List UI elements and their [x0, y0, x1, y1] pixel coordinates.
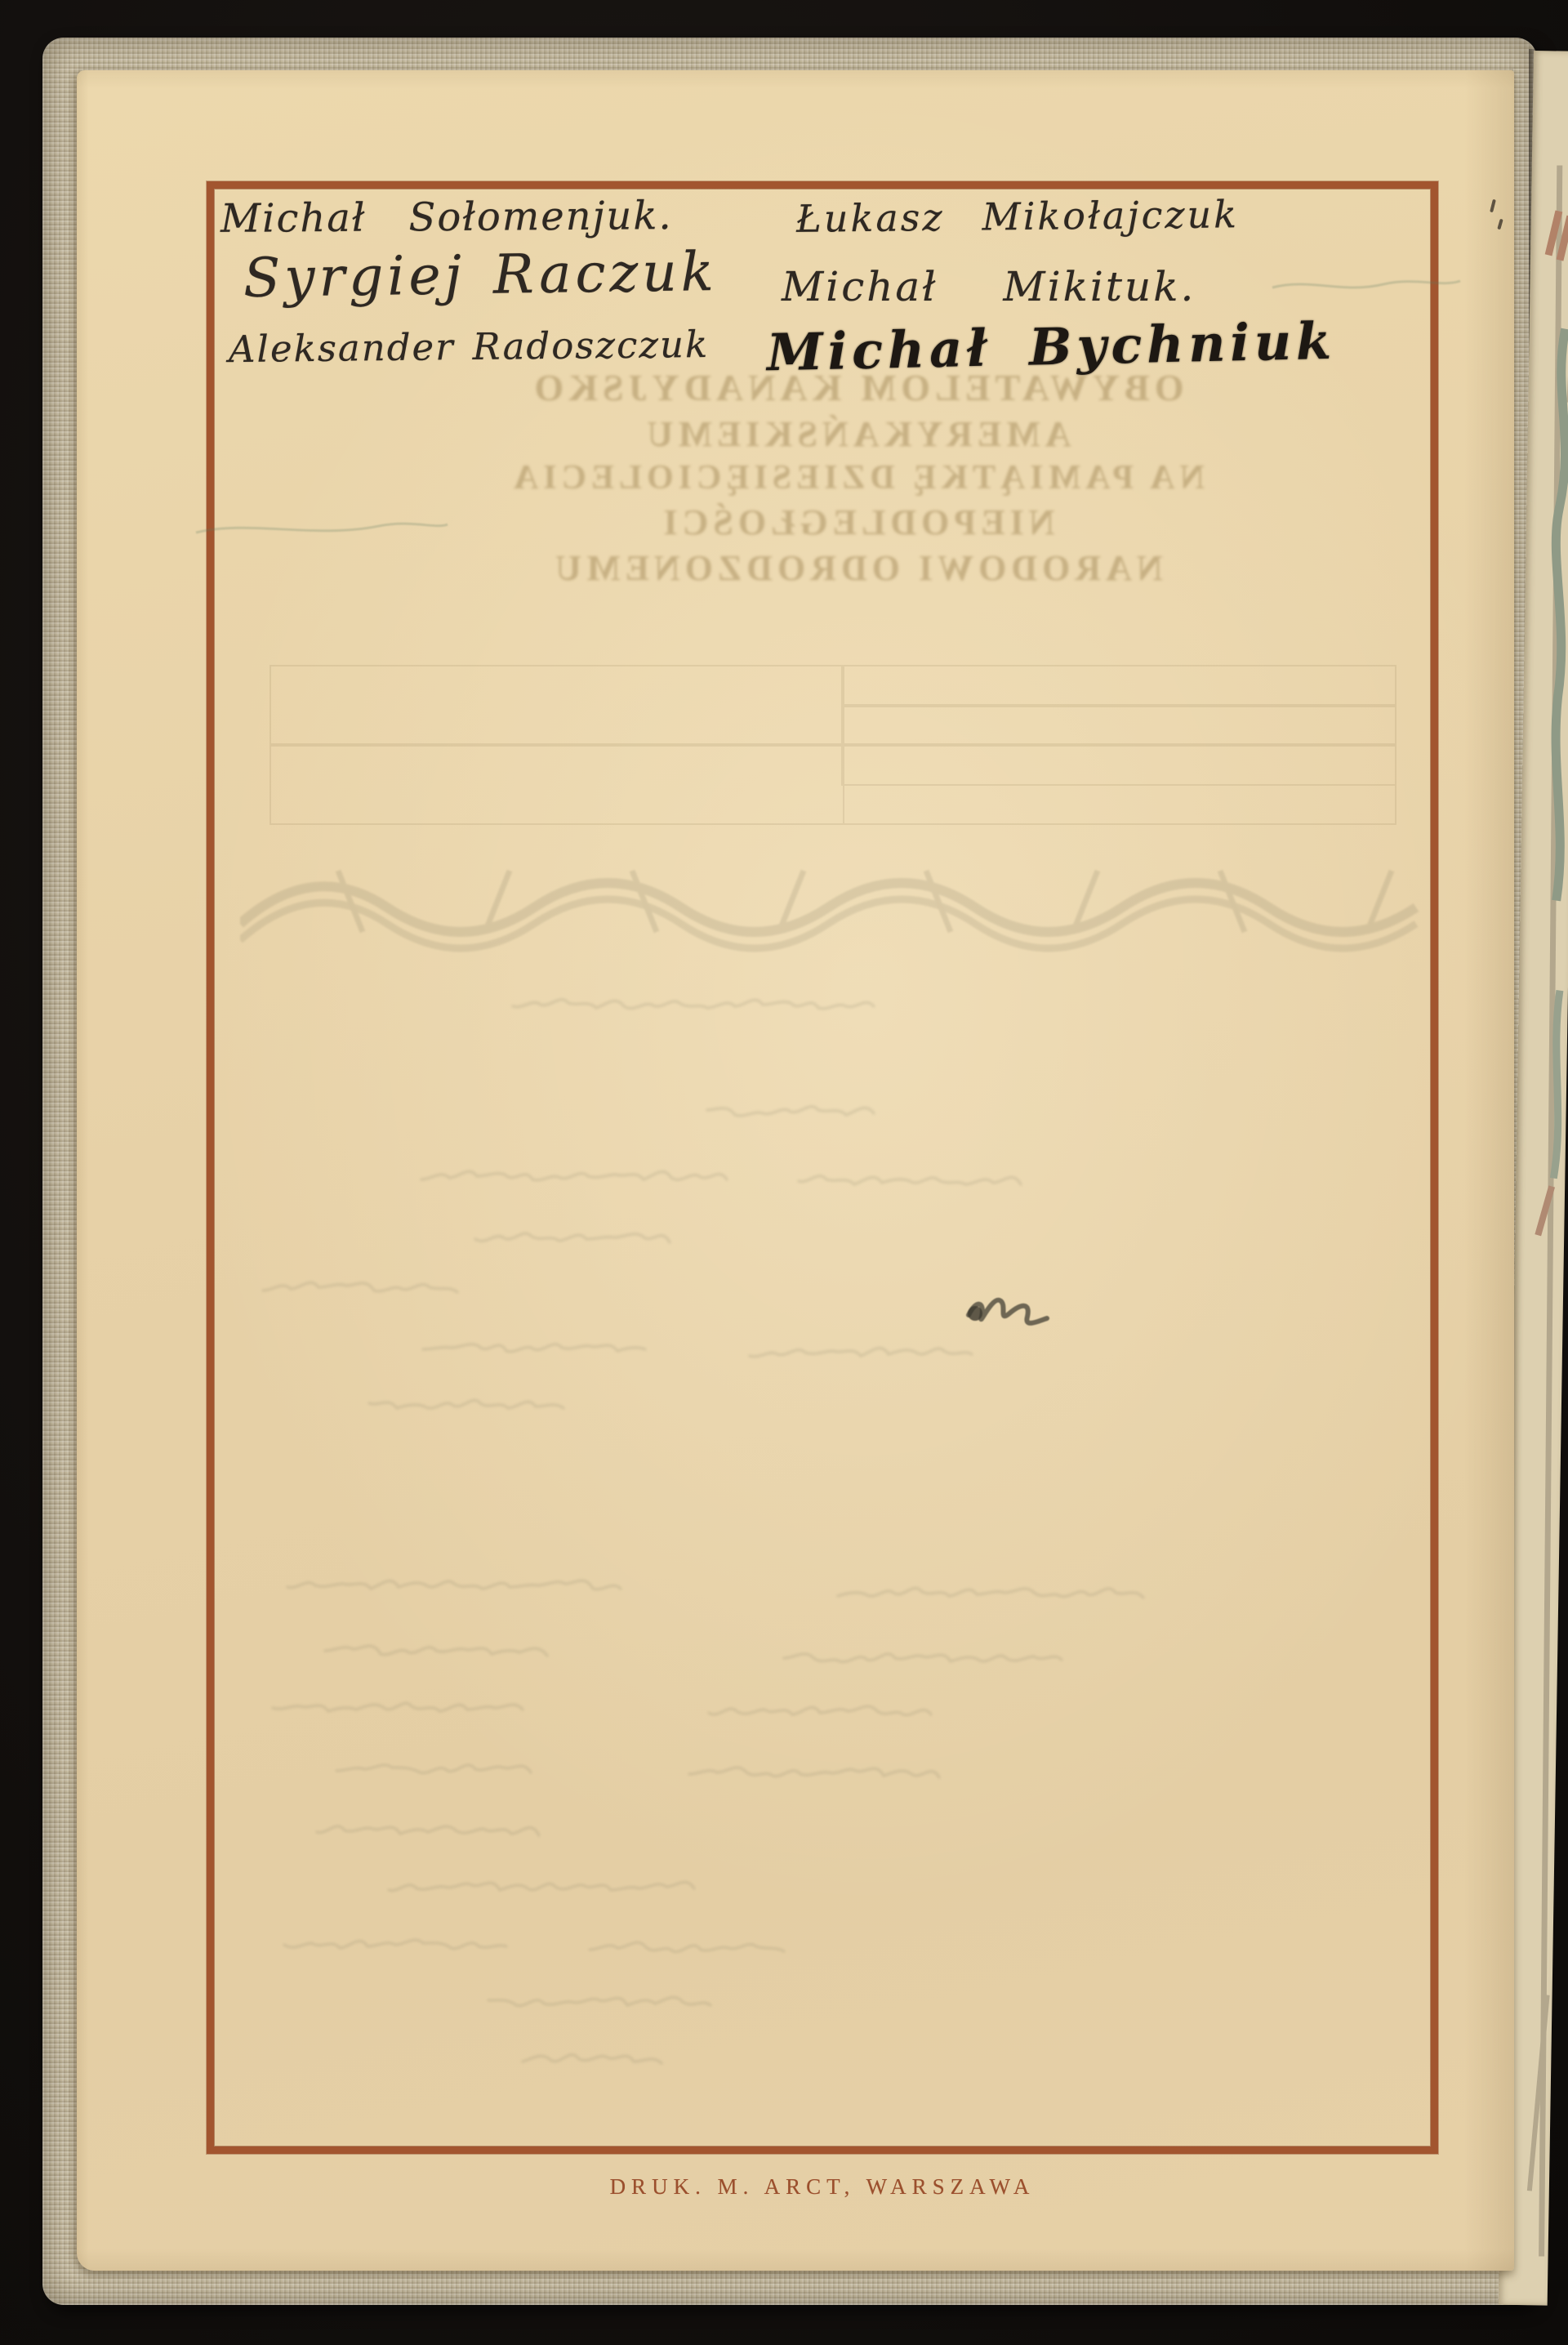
signature-surname: Sołomenjuk. [408, 193, 673, 240]
signature-surname: Mikituk. [1003, 263, 1196, 310]
signature-1-left: Michał Sołomenjuk. [220, 193, 673, 242]
bleedthrough-title-block: OBYWATELOM KANADYJSKO AMERYKAŃSKIEMU NA … [289, 364, 1424, 591]
bleedthrough-handwriting-line [828, 1573, 1147, 1611]
bleedthrough-title-line: OBYWATELOM KANADYJSKO [289, 364, 1424, 412]
signature-surname: Mikołajczuk [982, 192, 1239, 239]
pencil-trace [191, 511, 452, 544]
signature-2-right: Michał Mikituk. [782, 263, 1196, 310]
bleedthrough-handwriting-line [779, 1638, 1065, 1676]
bleedthrough-handwriting-line [273, 1565, 624, 1603]
bleedthrough-handwriting-line [461, 1982, 714, 2019]
bleedthrough-handwriting-line [297, 1630, 550, 1668]
bleedthrough-handwriting-line [673, 1753, 942, 1790]
bleedthrough-title-line: NIEPODLEGŁOŚCI [289, 500, 1424, 545]
bleedthrough-handwriting-line [248, 1687, 526, 1725]
signature-surname: Raczuk [492, 240, 718, 306]
bleedthrough-handwriting-line [510, 2039, 665, 2076]
bleedthrough-title-line: NARODOWI ODRODZONEMU [289, 546, 1424, 591]
bleedthrough-handwriting-line [501, 985, 877, 1023]
bleedthrough-handwriting-line [379, 1867, 697, 1905]
bleedthrough-handwriting-line [681, 1091, 877, 1129]
bleedthrough-handwriting-line [395, 1328, 648, 1366]
ink-tick-mark [1497, 219, 1503, 230]
bleedthrough-title-line: NA PAMIĄTKĘ DZIESIĘCIOLECIA [289, 457, 1424, 500]
pencil-trace [1269, 273, 1465, 297]
printer-imprint: DRUK. M. ARCT, WARSZAWA [207, 2174, 1438, 2200]
bleedthrough-handwriting-line [575, 1928, 787, 1966]
ink-tick-mark [1490, 199, 1496, 212]
bleedthrough-handwriting-line [240, 1267, 461, 1304]
bleedthrough-handwriting-line [289, 1810, 542, 1848]
bleedthrough-handwriting-line [346, 1385, 567, 1423]
bleedthrough-table [269, 665, 1393, 822]
signature-given-name: Łukasz [796, 195, 945, 241]
signature-given-name: Syrgiej [243, 243, 465, 310]
bleedthrough-wave-ornament [240, 854, 1424, 961]
signature-1-right: Łukasz Mikołajczuk [796, 192, 1240, 241]
scanned-book-photo: Michał Sołomenjuk. Syrgiej Raczuk Aleksa… [0, 0, 1568, 2345]
signature-surname: Radoszczuk [472, 323, 709, 368]
signature-given-name: Michał [782, 263, 938, 310]
bleedthrough-title-line: AMERYKAŃSKIEMU [289, 412, 1424, 457]
bleedthrough-handwriting-line [461, 1218, 673, 1255]
bleedthrough-handwriting-line [738, 1332, 975, 1370]
bleedthrough-handwriting-line [420, 1157, 730, 1194]
signature-given-name: Michał [220, 195, 367, 242]
bleedthrough-handwriting-line [779, 1161, 1024, 1198]
signature-2-left: Syrgiej Raczuk [243, 240, 718, 310]
book-page: Michał Sołomenjuk. Syrgiej Raczuk Aleksa… [77, 70, 1514, 2271]
bleedthrough-handwriting-line [697, 1692, 934, 1729]
bleedthrough-handwriting-line [322, 1749, 534, 1786]
bleedthrough-handwriting-line [273, 1924, 510, 1962]
ink-smudge [962, 1281, 1060, 1338]
